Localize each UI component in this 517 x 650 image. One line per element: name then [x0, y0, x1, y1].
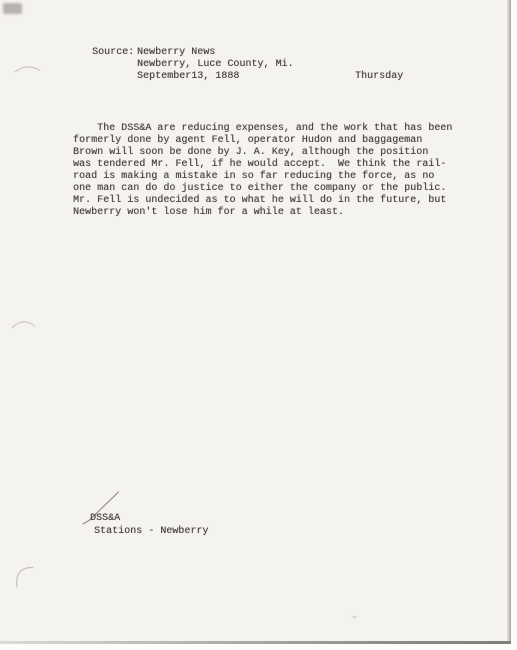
publication-date: September13, 1888 — [137, 71, 239, 83]
arc-impression-bottom — [17, 567, 33, 587]
arc-impression-middle — [12, 322, 35, 328]
publication-name: Newberry News — [137, 47, 215, 59]
article-paragraph: The DSS&A are reducing expenses, and the… — [73, 123, 473, 220]
publication-location: Newberry, Luce County, Mi. — [137, 59, 294, 71]
index-subject: DSS&A — [90, 513, 120, 525]
arc-impression-top — [15, 67, 40, 72]
pencil-marks-overlay — [0, 0, 517, 650]
scanned-document-page: Source: Newberry News Newberry, Luce Cou… — [0, 0, 517, 650]
scanner-background-bottom — [0, 644, 517, 650]
index-category: Stations - Newberry — [94, 526, 208, 538]
publication-weekday: Thursday — [355, 71, 403, 83]
scanner-background-right — [511, 0, 517, 650]
source-label: Source: — [92, 47, 134, 59]
